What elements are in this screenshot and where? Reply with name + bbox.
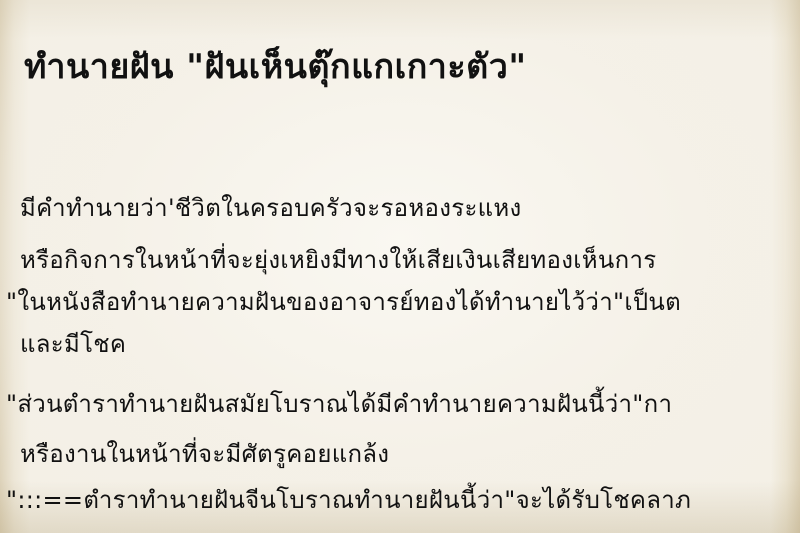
page-title: ทำนายฝัน "ฝันเห็นตุ๊กแกเกาะตัว" bbox=[24, 37, 527, 97]
paragraph-line: หรือกิจการในหน้าที่จะยุ่งเหยิงมีทางให้เส… bbox=[20, 240, 656, 280]
paragraph-line: ":::==ตำราทำนายฝันจีนโบราณทำนายฝันนี้ว่า… bbox=[6, 480, 691, 520]
paragraph-line: "ในหนังสือทำนายความฝันของอาจารย์ทองได้ทำ… bbox=[6, 282, 681, 322]
paragraph-line: มีคำทำนายว่า'ชีวิตในครอบครัวจะรอหองระแหง bbox=[20, 188, 522, 228]
paragraph-line: หรืองานในหน้าที่จะมีศัตรูคอยแกล้ง bbox=[20, 434, 389, 474]
paragraph-line: "ส่วนตำราทำนายฝันสมัยโบราณได้มีคำทำนายคว… bbox=[6, 384, 672, 424]
paragraph-line: และมีโชค bbox=[20, 324, 126, 364]
